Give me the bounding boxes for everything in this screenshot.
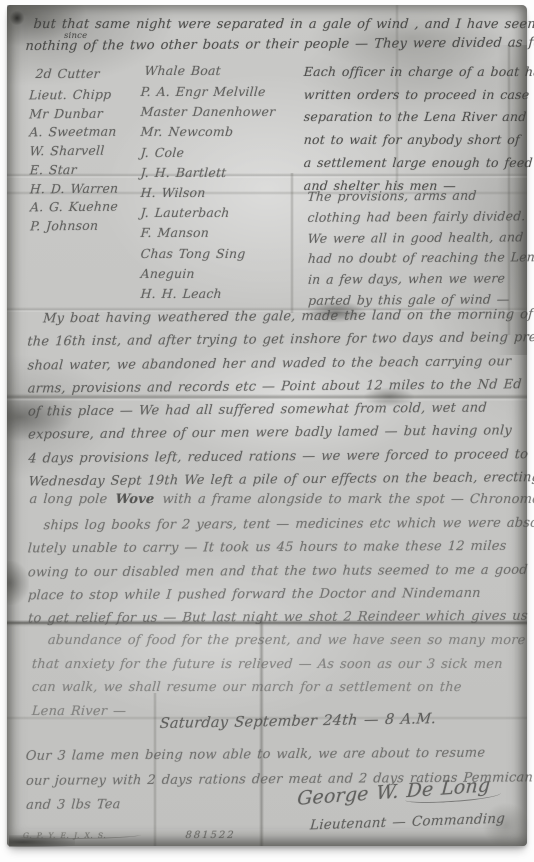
date-line: Saturday September 24th — 8 A.M. <box>159 711 437 732</box>
body-line: lutely unable to carry — It took us 45 h… <box>27 535 534 561</box>
crew-name: Lieut. Chipp <box>29 86 119 105</box>
wove-line: a long pole Wove with a frame alongside … <box>29 492 534 507</box>
crew-name: A. G. Kuehne <box>29 198 119 217</box>
body-line: to get relief for us — But last night we… <box>27 605 534 631</box>
roster-header-whale-boat: Whale Boat <box>144 63 221 78</box>
provisions-paragraph: The provisions, arms andclothing had bee… <box>307 185 534 311</box>
crew-name: W. Sharvell <box>29 142 119 161</box>
provisions-line: in a few days, when we were <box>307 268 534 290</box>
body-paragraph-3: abundance of food for the present, and w… <box>31 629 525 723</box>
pencil-scribble <box>21 830 141 840</box>
body-line: place to stop while I pushed forward the… <box>27 582 534 608</box>
crew-name: A. Sweetman <box>29 123 119 142</box>
crew-name: J. Lauterbach <box>140 203 276 223</box>
roster-whale-boat: P. A. Engr MelvilleMaster DanenhowerMr. … <box>140 82 275 304</box>
crew-name: Mr Dunbar <box>29 104 119 123</box>
crew-name: J. H. Bartlett <box>140 163 276 183</box>
roster-header-second-cutter: 2d Cutter <box>35 66 100 81</box>
manuscript-photo: but that same night were separated in a … <box>0 0 534 862</box>
crew-name: Master Danenhower <box>140 102 276 122</box>
crew-name: H. Wilson <box>140 183 276 203</box>
crew-name: P. Johnson <box>30 217 120 236</box>
crew-name: F. Manson <box>140 223 276 243</box>
body-line: ships log books for 2 years, tent — medi… <box>27 512 534 538</box>
wove-line-post: with a frame alongside to mark the spot … <box>162 492 534 507</box>
crew-name: Aneguin <box>140 264 276 284</box>
provisions-line: The provisions, arms and <box>307 185 534 207</box>
crew-name: E. Star <box>29 160 119 179</box>
provisions-line: We were all in good health, and <box>307 227 534 249</box>
body-line: Wednesday Sept 19th We left a pile of ou… <box>28 466 534 494</box>
crew-name: H. D. Warren <box>29 179 119 198</box>
archival-number: 881522 <box>185 830 236 841</box>
orders-line: Each officer in charge of a boat had <box>303 61 534 84</box>
resume-line: Our 3 lame men being now able to walk, w… <box>25 741 534 769</box>
roster-second-cutter: Lieut. ChippMr DunbarA. SweetmanW. Sharv… <box>28 86 118 236</box>
body-line: owing to our disabled men and that the t… <box>27 558 534 584</box>
crew-name: J. Cole <box>140 143 276 163</box>
wove-line-pre: a long pole <box>29 492 108 507</box>
body-line: that anxiety for the future is relieved … <box>31 653 526 677</box>
provisions-line: had no doubt of reaching the Lena <box>307 248 534 270</box>
orders-line: separation to the Lena River and <box>303 106 534 129</box>
stain <box>9 11 25 25</box>
orders-line: not to wait for anybody short of <box>303 129 534 152</box>
crew-name: H. H. Leach <box>140 284 276 304</box>
crew-name: Mr. Newcomb <box>140 122 276 142</box>
stain <box>7 561 29 605</box>
opening-line-1: but that same night were separated in a … <box>33 17 534 32</box>
body-paragraph-2: ships log books for 2 years, tent — medi… <box>27 512 534 631</box>
crew-name: P. A. Engr Melville <box>140 82 276 102</box>
manuscript-paper: but that same night were separated in a … <box>7 5 527 846</box>
body-line: abundance of food for the present, and w… <box>31 629 526 653</box>
fold-crease <box>290 173 294 313</box>
orders-paragraph: Each officer in charge of a boat hadwrit… <box>303 61 534 197</box>
wove-bold-word: Wove <box>115 492 155 507</box>
opening-line-2: nothing of the two other boats or their … <box>25 35 534 54</box>
orders-line: written orders to proceed in case of <box>303 84 534 107</box>
orders-line: a settlement large enough to feed <box>303 152 534 175</box>
crew-name: Chas Tong Sing <box>140 244 276 264</box>
provisions-line: clothing had been fairly divided. <box>307 206 534 228</box>
body-line: can walk, we shall resume our march for … <box>31 676 526 700</box>
body-paragraph-1: My boat having weathered the gale, made … <box>26 302 534 493</box>
